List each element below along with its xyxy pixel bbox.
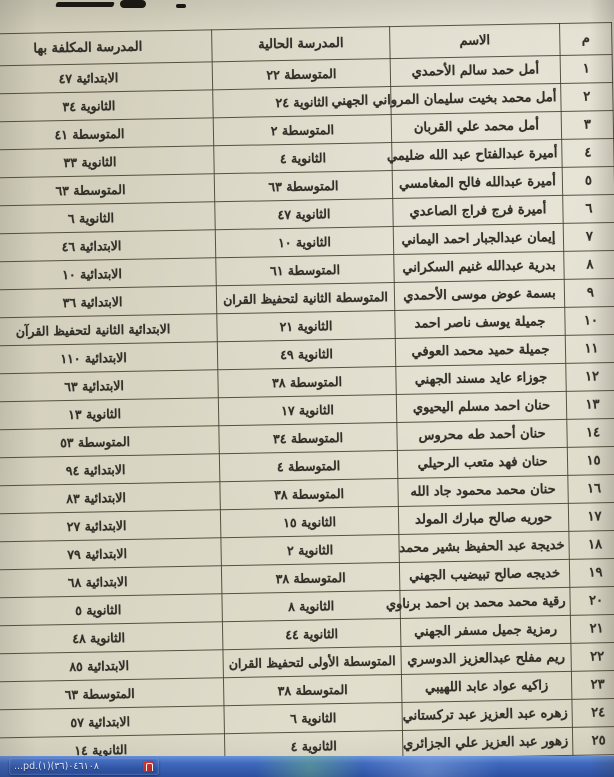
current-school-cell: المتوسطة ٣٤ — [219, 422, 397, 453]
name-cell: حنان فهد متعب الرحيلي — [397, 447, 567, 478]
name-cell: رمزية جميل مسفر الجهني — [400, 615, 570, 646]
current-school-cell: الثانوية ٤٩ — [217, 339, 395, 370]
current-school-cell: المتوسطة ٢٢ — [212, 59, 390, 90]
row-number-cell: ٨ — [564, 250, 614, 279]
current-school-cell: الثانوية ٢١ — [217, 311, 395, 342]
name-cell: خديجة عبد الحفيظ بشير محمد — [399, 531, 569, 562]
screen-photo: م الاسم المدرسة الحالية المدرسة المكلفة … — [0, 0, 614, 777]
name-cell: حوريه صالح مبارك المولد — [398, 503, 568, 534]
name-cell: زهور عبد العزيز علي الجزائري — [402, 727, 572, 758]
row-number-cell: ١٩ — [569, 558, 614, 587]
name-cell: جميلة يوسف ناصر احمد — [395, 307, 565, 338]
name-cell: جوزاء عايد مسند الجهني — [396, 363, 566, 394]
row-number-cell: ٢٠ — [570, 586, 614, 615]
name-cell: حنان أحمد طه محروس — [397, 419, 567, 450]
current-school-cell: الثانوية ١٧ — [218, 394, 396, 425]
name-cell: ريم مفلح عبدالعزيز الدوسري — [401, 643, 571, 674]
pdf-taskbar-button-label: ...pd.(١)(٣٦)٠٤٦١٠٨ — [14, 761, 140, 772]
name-cell: زاكيه عواد عابد اللهيبي — [401, 671, 571, 702]
header-name: الاسم — [390, 23, 561, 58]
name-cell: أميرة فرج فراج الصاعدي — [393, 195, 563, 226]
current-school-cell: المتوسطة ٣٨ — [223, 674, 401, 705]
row-number-cell: ١١ — [565, 334, 614, 363]
row-number-cell: ١٦ — [568, 474, 614, 503]
current-school-cell: الثانوية ٤٧ — [215, 199, 393, 230]
current-school-cell: المتوسطة ٣٨ — [218, 367, 396, 398]
name-cell: أمل حمد سالم الأحمدي — [390, 55, 560, 86]
name-cell: إيمان عبدالجبار احمد اليماني — [393, 223, 563, 254]
document-page: م الاسم المدرسة الحالية المدرسة المكلفة … — [0, 22, 614, 767]
name-cell: أمل محمد بخيت سليمان المرواني الجهني — [391, 83, 561, 114]
current-school-cell: المتوسطة الأولى لتحفيظ القران — [223, 646, 401, 677]
current-school-cell: المتوسطة الثانية لتحفيظ القران — [216, 283, 394, 314]
row-number-cell: ١٨ — [569, 530, 614, 559]
pdf-taskbar-button[interactable]: ...pd.(١)(٣٦)٠٤٦١٠٨ — [9, 758, 159, 775]
row-number-cell: ٢١ — [570, 614, 614, 643]
name-cell: حنان محمد محمود جاد الله — [398, 475, 568, 506]
name-cell: أمل محمد علي القربان — [391, 111, 561, 142]
current-school-cell: الثانوية ٢ — [221, 534, 399, 565]
adobe-pdf-icon — [143, 761, 154, 772]
name-cell: رقية محمد محمد بن احمد برناوي — [400, 587, 570, 618]
current-school-cell: المتوسطة ٤ — [219, 450, 397, 481]
name-cell: جميلة حميد محمد العوفي — [395, 335, 565, 366]
current-school-cell: الثانوية ١٠ — [215, 227, 393, 258]
row-number-cell: ١٠ — [565, 306, 614, 335]
row-number-cell: ٢٤ — [572, 698, 614, 727]
header-current-school: المدرسة الحالية — [212, 27, 391, 62]
row-number-cell: ٢٣ — [571, 670, 614, 699]
row-number-cell: ١٢ — [566, 362, 614, 391]
current-school-cell: الثانوية ٤٤ — [222, 618, 400, 649]
row-number-cell: ٢٥ — [572, 726, 614, 755]
current-school-cell: المتوسطة ٢ — [213, 115, 391, 146]
table-body: ١ أمل حمد سالم الأحمدي المتوسطة ٢٢ الابت… — [0, 54, 614, 766]
row-number-cell: ١٤ — [567, 418, 614, 447]
row-number-cell: ١ — [560, 54, 613, 83]
header-assigned-school: المدرسة المكلفة بها — [0, 30, 212, 67]
current-school-cell: الثانوية ٦ — [224, 702, 402, 733]
teachers-assignment-table: م الاسم المدرسة الحالية المدرسة المكلفة … — [0, 22, 614, 767]
name-cell: زهره عبد العزيز عبد تركستاني — [402, 699, 572, 730]
name-cell: أميرة عبدالله فالح المغامسي — [392, 167, 562, 198]
row-number-cell: ٢٢ — [571, 642, 614, 671]
row-number-cell: ٩ — [564, 278, 614, 307]
name-cell: بسمة عوض موسى الأحمدي — [394, 279, 564, 310]
name-cell: خديجه صالح تبيضيب الجهني — [399, 559, 569, 590]
current-school-cell: المتوسطة ٦١ — [216, 255, 394, 286]
name-cell: بدرية عبدالله غنيم السكراني — [394, 251, 564, 282]
row-number-cell: ١٧ — [568, 502, 614, 531]
current-school-cell: المتوسطة ٦٣ — [214, 171, 392, 202]
row-number-cell: ٧ — [563, 222, 614, 251]
row-number-cell: ٤ — [562, 138, 614, 167]
name-cell: حنان احمد مسلم اليحيوي — [396, 391, 566, 422]
row-number-cell: ١٣ — [566, 390, 614, 419]
current-school-cell: المتوسطة ٣٨ — [221, 562, 399, 593]
row-number-cell: ٦ — [563, 194, 614, 223]
row-number-cell: ٢ — [561, 82, 614, 111]
current-school-cell: الثانوية ٨ — [222, 590, 400, 621]
current-school-cell: الثانوية ١٥ — [220, 506, 398, 537]
name-cell: أميرة عبدالفتاح عبد الله ضليمي — [392, 139, 562, 170]
current-school-cell: الثانوية ٤ — [214, 143, 392, 174]
cropped-text-fragment — [56, 0, 196, 9]
row-number-cell: ٣ — [561, 110, 614, 139]
row-number-cell: ١٥ — [567, 446, 614, 475]
taskbar: ...pd.(١)(٣٦)٠٤٦١٠٨ — [0, 756, 614, 777]
header-no: م — [560, 22, 613, 55]
current-school-cell: المتوسطة ٣٨ — [220, 478, 398, 509]
row-number-cell: ٥ — [562, 166, 614, 195]
